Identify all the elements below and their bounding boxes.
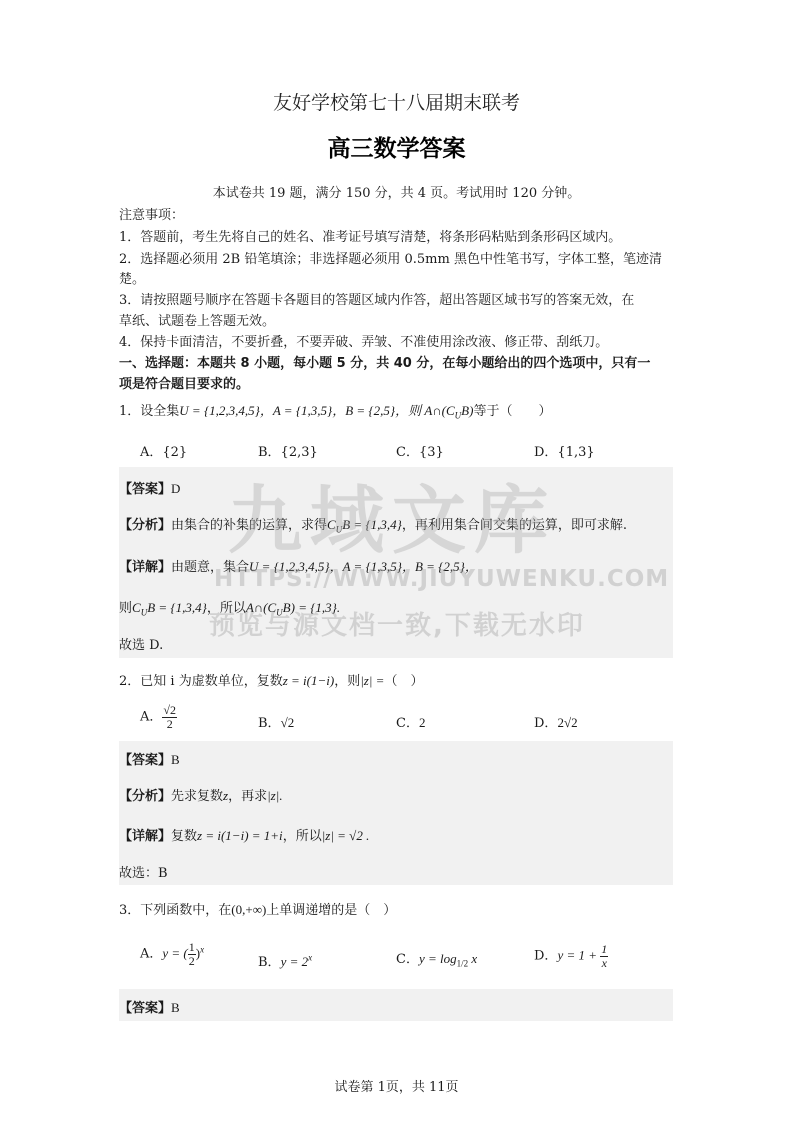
- q3-answer: 【答案】B: [119, 997, 180, 1016]
- q1-option-b: B．{2,3}: [258, 441, 318, 460]
- q2-option-a: A．√22: [140, 704, 177, 730]
- q1-option-c: C．{3}: [396, 441, 444, 460]
- note-item-3: 3．请按照题号顺序在答题卡各题目的答题区域内作答，超出答题区域书写的答案无效，在: [119, 289, 634, 308]
- q1-conclusion: 故选 D.: [119, 634, 163, 653]
- note-item-2: 2．选择题必须用 2B 铅笔填涂；非选择题必须用 0.5mm 黑色中性笔书写，字…: [119, 248, 662, 267]
- exam-intro: 本试卷共 19 题，满分 150 分，共 4 页。考试用时 120 分钟。: [0, 182, 793, 201]
- q2-answer: 【答案】B: [119, 749, 180, 768]
- section-heading-cont: 项是符合题目要求的。: [119, 373, 249, 392]
- q2-analysis: 【分析】先求复数z，再求|z|.: [119, 785, 283, 804]
- q2-answer-box: 【答案】B 【分析】先求复数z，再求|z|. 【详解】复数z = i(1−i) …: [119, 741, 673, 885]
- q1-analysis: 【分析】由集合的补集的运算，求得CUB = {1,3,4}，再利用集合间交集的运…: [119, 514, 627, 535]
- school-title: 友好学校第七十八届期末联考: [0, 88, 793, 115]
- document-title: 高三数学答案: [0, 130, 793, 163]
- note-item-2-cont: 楚。: [119, 268, 145, 287]
- page-footer: 试卷第 1页，共 11页: [0, 1076, 793, 1095]
- q2-detail: 【详解】复数z = i(1−i) = 1+i，所以|z| = √2 .: [119, 825, 369, 844]
- q1-option-a: A．{2}: [140, 441, 187, 460]
- q3-option-a: A．y = (12)x: [140, 941, 204, 967]
- q1-answer-box: 【答案】D 【分析】由集合的补集的运算，求得CUB = {1,3,4}，再利用集…: [119, 467, 673, 658]
- note-item-1: 1．答题前，考生先将自己的姓名、准考证号填写清楚，将条形码粘贴到条形码区域内。: [119, 226, 621, 245]
- q1-detail: 【详解】由题意，集合U = {1,2,3,4,5}，A = {1,3,5}，B …: [119, 556, 478, 575]
- q2-option-b: B．√2: [258, 712, 294, 731]
- question-2-stem: 2．已知 i 为虚数单位，复数z = i(1−i)，则|z| =（ ）: [119, 670, 423, 689]
- question-3-stem: 3．下列函数中，在(0,+∞)上单调递增的是（ ）: [119, 899, 396, 918]
- q2-conclusion: 故选：B: [119, 862, 168, 881]
- q3-answer-box: 【答案】B: [119, 989, 673, 1021]
- q2-option-c: C．2: [396, 712, 425, 731]
- note-item-4: 4．保持卡面清洁，不要折叠，不要弄破、弄皱、不准使用涂改液、修正带、刮纸刀。: [119, 331, 608, 350]
- q3-option-b: B．y = 2x: [258, 951, 312, 970]
- q2-option-d: D．2√2: [534, 712, 578, 731]
- q3-option-c: C．y = log1/2 x: [396, 948, 477, 969]
- q1-answer: 【答案】D: [119, 478, 180, 497]
- q1-option-d: D．{1,3}: [534, 441, 595, 460]
- question-1-stem: 1．设全集U = {1,2,3,4,5}，A = {1,3,5}，B = {2,…: [119, 400, 551, 421]
- section-heading: 一、选择题：本题共 8 小题，每小题 5 分，共 40 分，在每小题给出的四个选…: [119, 352, 650, 371]
- q3-option-d: D．y = 1 + 1x: [534, 943, 608, 969]
- note-item-3-cont: 草纸、试题卷上答题无效。: [119, 310, 275, 329]
- q1-detail-cont: 则CUB = {1,3,4}，所以A∩(CUB) = {1,3}.: [119, 597, 340, 618]
- notes-heading: 注意事项：: [119, 204, 184, 223]
